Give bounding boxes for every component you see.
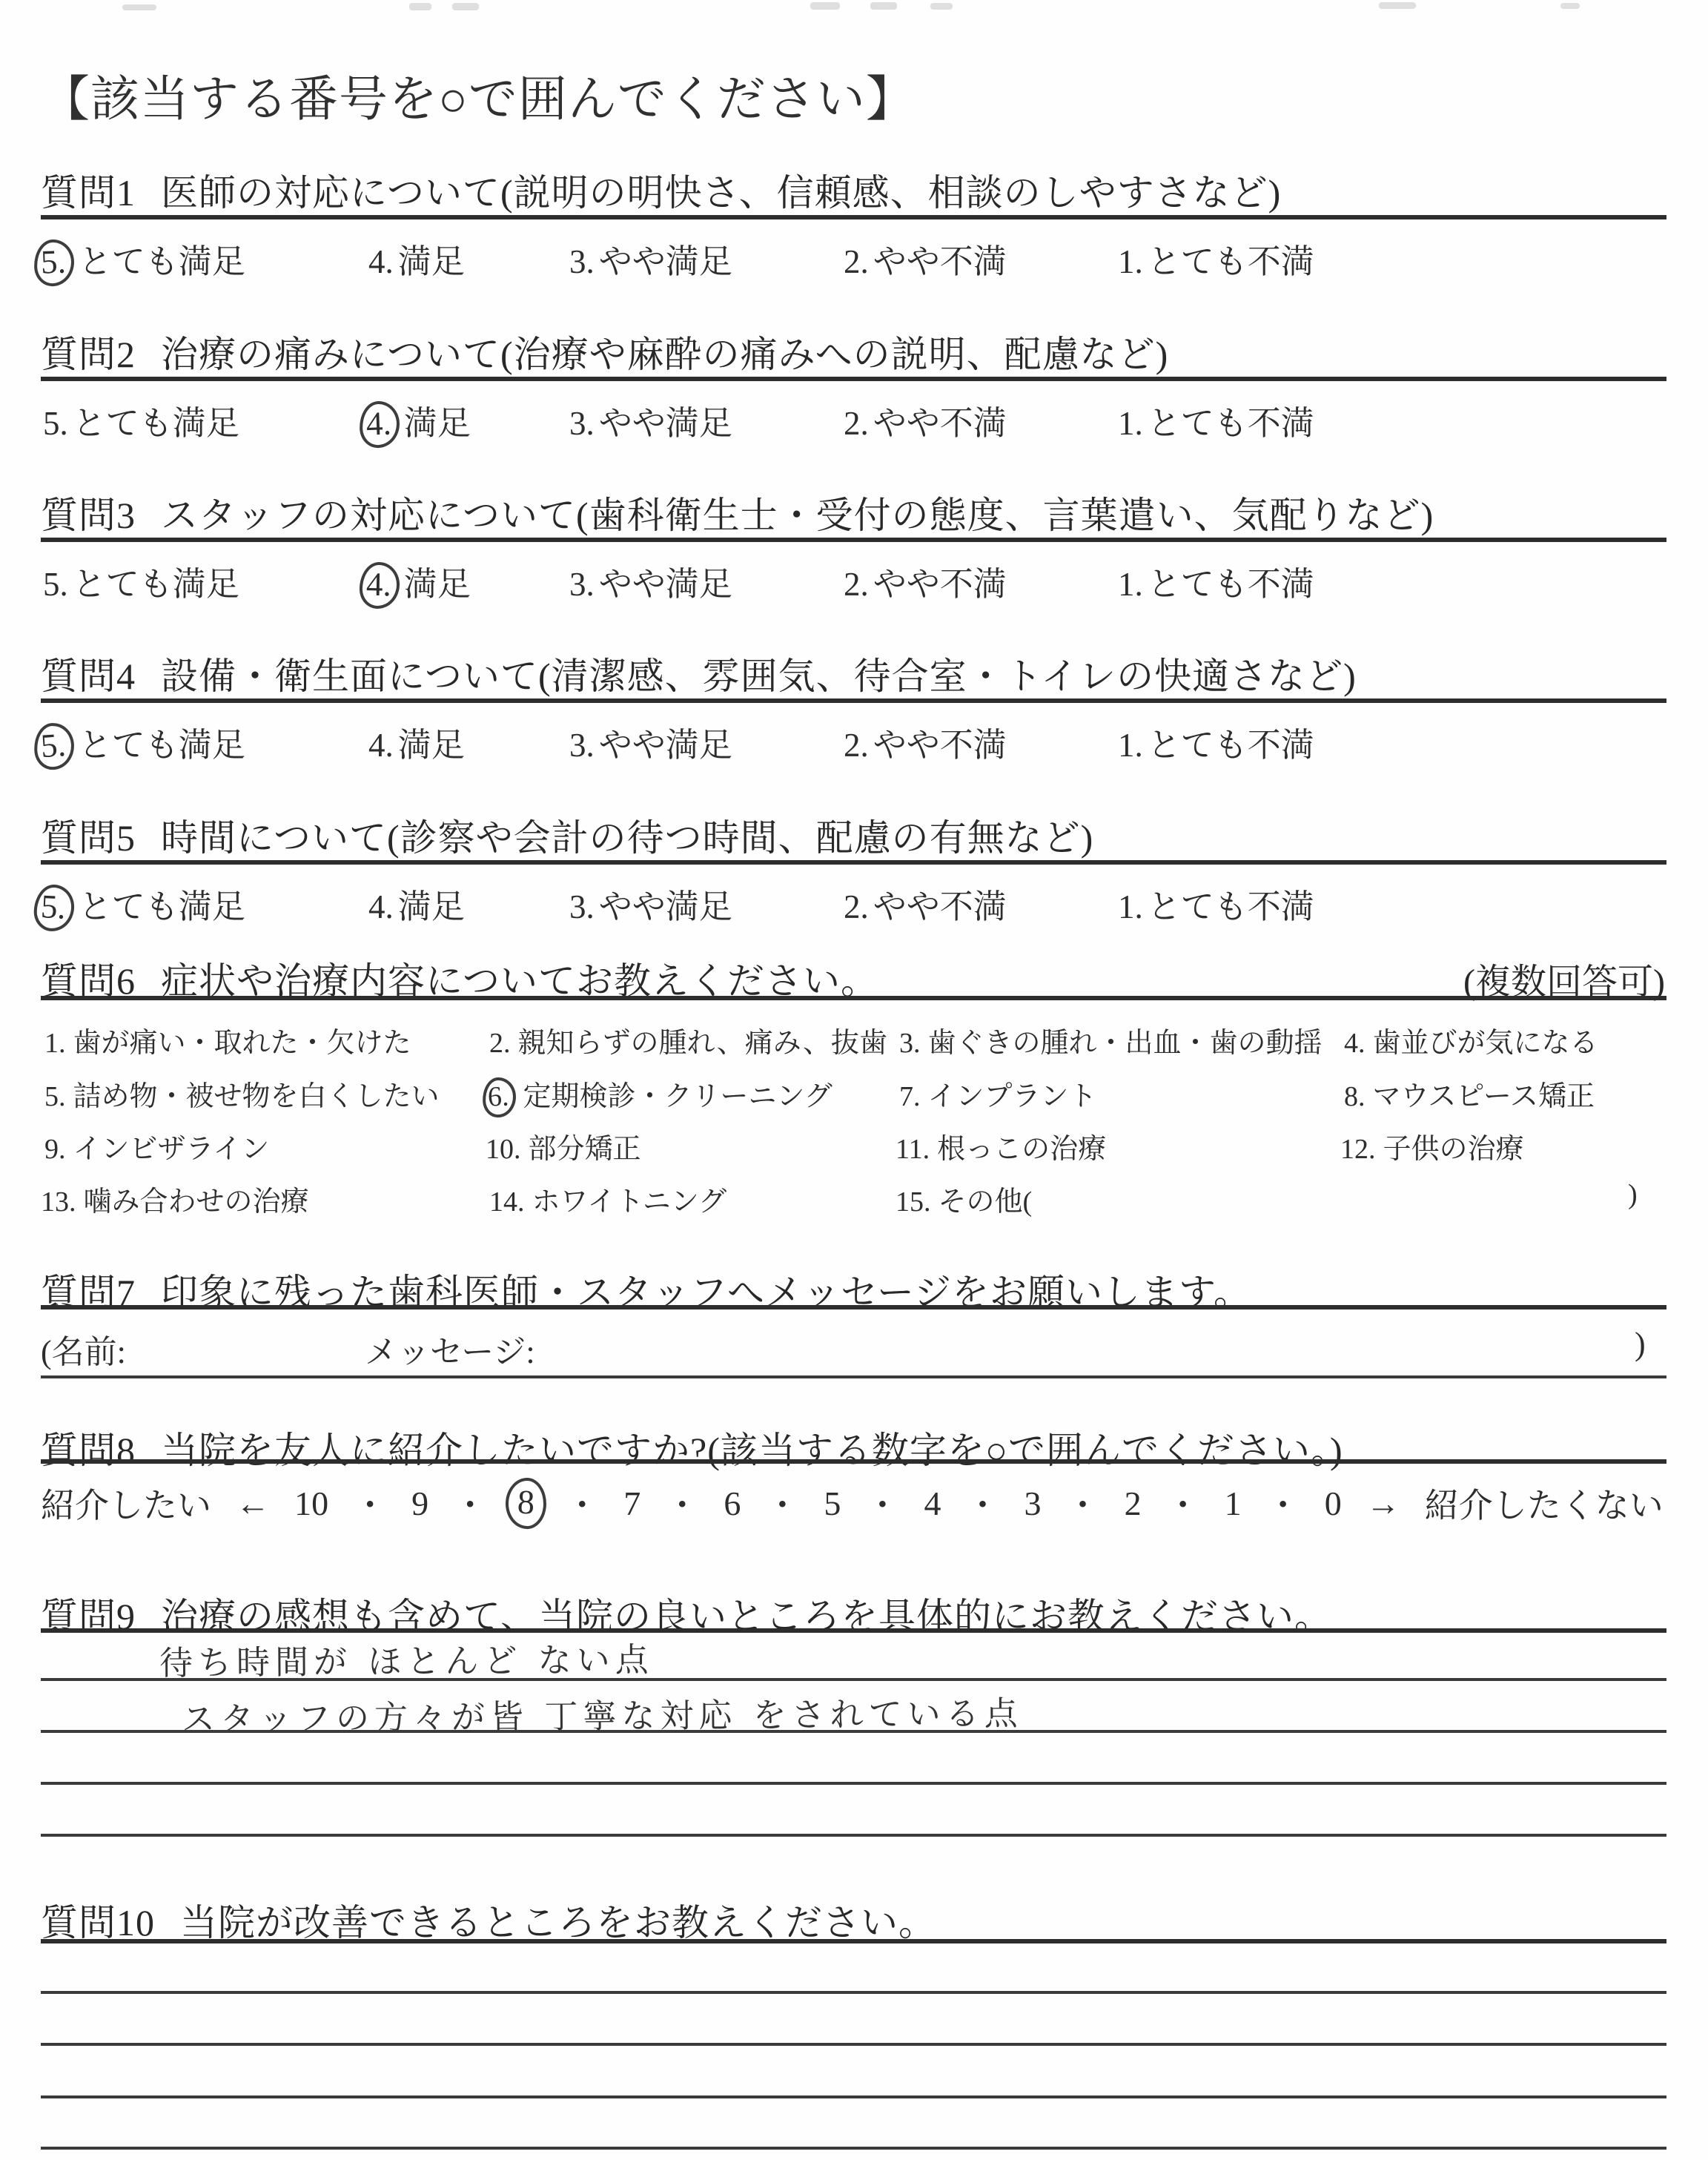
question-6-section: 質問6症状や治療内容についてお教えください。 (複数回答可) 1.歯が痛い・取れ… xyxy=(0,951,1708,1248)
q6-item-10: 10.部分矯正 xyxy=(486,1126,641,1166)
q6-item-14: 14.ホワイトニング xyxy=(489,1178,726,1219)
item-label: 歯が痛い・取れた・欠けた xyxy=(73,1028,411,1059)
scale-1: 1 xyxy=(1225,1484,1242,1523)
q4-option-3: 3.やや満足 xyxy=(569,718,732,766)
scan-artifact xyxy=(1560,3,1580,9)
option-number: 1. xyxy=(1118,243,1143,280)
item-label: ホワイトニング xyxy=(532,1186,727,1218)
question-title: 治療の痛みについて(治療や麻酔の痛みへの説明、配慮など) xyxy=(161,334,1168,375)
option-label: やや不満 xyxy=(873,243,1007,280)
q6-item-12: 12.子供の治療 xyxy=(1340,1126,1524,1166)
q6-item-3: 3.歯ぐきの腫れ・出血・歯の動揺 xyxy=(899,1020,1323,1060)
option-label: やや不満 xyxy=(873,888,1007,925)
dot-separator: ・ xyxy=(565,1479,599,1527)
question-number: 質問8 xyxy=(41,1430,136,1471)
item-label: 親知らずの腫れ、痛み、抜歯 xyxy=(518,1028,888,1059)
option-number: 4. xyxy=(368,888,394,925)
option-label: やや不満 xyxy=(873,727,1007,764)
header-underline xyxy=(41,1628,1666,1633)
survey-form-page: 【該当する番号を○で囲んでください】 質問1医師の対応について(説明の明快さ、信… xyxy=(0,0,1708,2160)
q2-option-4: 4.満足 xyxy=(368,396,471,444)
q2-option-1: 1.とても不満 xyxy=(1118,396,1314,444)
dot-separator: ・ xyxy=(1166,1479,1200,1527)
q2-option-2: 2.やや不満 xyxy=(844,396,1007,444)
item-number: 14. xyxy=(489,1186,525,1218)
item-number: 13. xyxy=(41,1186,76,1218)
question-number: 質問3 xyxy=(41,495,136,536)
handwritten-answer-1: 待ち時間が ほとんど ない点 xyxy=(159,1633,654,1685)
option-number: 2. xyxy=(844,727,869,764)
header-underline xyxy=(41,215,1666,219)
option-label: やや満足 xyxy=(599,888,732,925)
item-number: 12. xyxy=(1340,1134,1376,1165)
option-label: とても不満 xyxy=(1148,888,1314,925)
option-number: 4. xyxy=(368,243,394,280)
item-number: 4. xyxy=(1344,1028,1366,1059)
option-label: とても不満 xyxy=(1148,566,1314,603)
q1-option-1: 1.とても不満 xyxy=(1118,234,1314,283)
item-label: 子供の治療 xyxy=(1383,1134,1524,1165)
question-number: 質問10 xyxy=(41,1902,155,1943)
question-number: 質問4 xyxy=(41,655,136,697)
q4-option-4: 4.満足 xyxy=(368,718,465,766)
option-number: 3. xyxy=(569,243,595,280)
option-label: 満足 xyxy=(398,888,465,925)
scale-5: 5 xyxy=(824,1484,841,1523)
dot-separator: ・ xyxy=(665,1479,699,1527)
item-label: その他( xyxy=(939,1186,1033,1218)
header-underline xyxy=(41,1939,1666,1943)
option-label: 満足 xyxy=(398,243,465,280)
scale-9: 9 xyxy=(411,1484,428,1523)
scale-right-label: 紹介したくない xyxy=(1425,1479,1664,1527)
scan-artifact xyxy=(452,3,479,10)
header-underline xyxy=(41,1305,1666,1309)
question-title: 当院が改善できるところをお教えください。 xyxy=(180,1902,936,1943)
message-field-label: メッセージ: xyxy=(365,1325,535,1373)
q6-item-5: 5.詰め物・被せ物を白くしたい xyxy=(44,1073,440,1114)
circled-number: 6. xyxy=(482,1077,516,1118)
answer-line xyxy=(41,2147,1666,2150)
circled-number: 4. xyxy=(359,400,400,449)
answer-line xyxy=(41,1991,1666,1994)
option-number: 4. xyxy=(368,727,394,764)
dot-separator: ・ xyxy=(1266,1479,1300,1527)
answer-line xyxy=(41,1678,1666,1681)
dot-separator: ・ xyxy=(353,1479,387,1527)
q5-option-1: 1.とても不満 xyxy=(1118,879,1314,928)
dot-separator: ・ xyxy=(865,1479,899,1527)
option-number: 1. xyxy=(1118,727,1143,764)
circled-number: 5. xyxy=(33,721,76,771)
question-8-section: 質問8当院を友人に紹介したいですか?(該当する数字を○で囲んでください。) 紹介… xyxy=(0,1421,1708,1539)
q5-option-3: 3.やや満足 xyxy=(569,879,732,928)
question-4-section: 質問4設備・衛生面について(清潔感、雰囲気、待合室・トイレの快適さなど) 5.と… xyxy=(0,647,1708,799)
q6-item-6: 6.定期検診・クリーニング xyxy=(489,1073,833,1114)
option-label: とても満足 xyxy=(79,888,245,925)
question-7-section: 質問7印象に残った歯科医師・スタッフへメッセージをお願いします。 (名前: メッ… xyxy=(0,1263,1708,1389)
item-label: 噛み合わせの治療 xyxy=(84,1186,309,1218)
item-number: 8. xyxy=(1344,1081,1366,1112)
option-number: 2. xyxy=(844,566,869,603)
q6-other-close-paren: ) xyxy=(1628,1178,1638,1211)
q6-item-9: 9.インビザライン xyxy=(44,1126,269,1166)
question-title: 設備・衛生面について(清潔感、雰囲気、待合室・トイレの快適さなど) xyxy=(161,655,1357,697)
scale-2: 2 xyxy=(1125,1484,1142,1523)
option-number: 2. xyxy=(844,888,869,925)
header-underline xyxy=(41,377,1666,381)
form-title: 【該当する番号を○で囲んでください】 xyxy=(41,59,916,130)
question-header: 質問2治療の痛みについて(治療や麻酔の痛みへの説明、配慮など) xyxy=(41,325,1168,378)
q3-option-3: 3.やや満足 xyxy=(569,557,732,605)
q3-option-2: 2.やや不満 xyxy=(844,557,1007,605)
scan-artifact xyxy=(409,3,431,10)
answer-line xyxy=(41,1834,1666,1837)
scale-7: 7 xyxy=(623,1484,640,1523)
option-number: 1. xyxy=(1118,566,1143,603)
q6-item-4: 4.歯並びが気になる xyxy=(1344,1020,1598,1060)
answer-line xyxy=(41,1782,1666,1785)
option-label: 満足 xyxy=(404,566,471,603)
q6-item-8: 8.マウスピース矯正 xyxy=(1344,1073,1595,1114)
item-label: 根っこの治療 xyxy=(937,1134,1106,1165)
question-header: 質問8当院を友人に紹介したいですか?(該当する数字を○で囲んでください。) xyxy=(41,1421,1343,1474)
option-number: 3. xyxy=(569,405,595,442)
option-label: やや満足 xyxy=(599,727,732,764)
close-paren: ) xyxy=(1635,1325,1646,1363)
q4-option-5: 5.とても満足 xyxy=(43,718,245,766)
option-label: やや満足 xyxy=(599,566,732,603)
q1-option-5: 5.とても満足 xyxy=(43,234,245,283)
item-label: 歯ぐきの腫れ・出血・歯の動揺 xyxy=(928,1028,1323,1059)
question-header: 質問5時間について(診察や会計の待つ時間、配慮の有無など) xyxy=(41,808,1093,862)
q1-option-2: 2.やや不満 xyxy=(844,234,1007,283)
item-label: インビザライン xyxy=(73,1134,270,1165)
item-number: 7. xyxy=(899,1081,921,1112)
question-1-section: 質問1医師の対応について(説明の明快さ、信頼感、相談のしやすさなど) 5.とても… xyxy=(0,163,1708,315)
q4-option-2: 2.やや不満 xyxy=(844,718,1007,766)
question-title: スタッフの対応について(歯科衛生士・受付の態度、言葉遣い、気配りなど) xyxy=(161,495,1434,536)
header-underline xyxy=(41,1459,1666,1464)
question-9-section: 質問9治療の感想も含めて、当院の良いところを具体的にお教えください。 待ち時間が… xyxy=(0,1587,1708,1883)
scale-10: 10 xyxy=(294,1484,328,1523)
item-number: 3. xyxy=(899,1028,921,1059)
question-header: 質問4設備・衛生面について(清潔感、雰囲気、待合室・トイレの快適さなど) xyxy=(41,647,1357,700)
q5-option-4: 4.満足 xyxy=(368,879,465,928)
q1-option-3: 3.やや満足 xyxy=(569,234,732,283)
q3-option-5: 5.とても満足 xyxy=(43,557,239,605)
q6-item-1: 1.歯が痛い・取れた・欠けた xyxy=(44,1020,411,1060)
scale-6: 6 xyxy=(724,1484,741,1523)
item-number: 5. xyxy=(44,1081,66,1112)
q6-item-11: 11.根っこの治療 xyxy=(896,1126,1106,1166)
scale-left-label: 紹介したい xyxy=(41,1479,211,1527)
dot-separator: ・ xyxy=(765,1479,799,1527)
q3-option-4: 4.満足 xyxy=(368,557,471,605)
option-number: 2. xyxy=(844,405,869,442)
scan-artifact xyxy=(930,3,953,10)
dot-separator: ・ xyxy=(1066,1479,1100,1527)
item-number: 2. xyxy=(489,1028,511,1059)
option-label: とても不満 xyxy=(1148,405,1314,442)
answer-line xyxy=(41,1730,1666,1733)
question-2-section: 質問2治療の痛みについて(治療や麻酔の痛みへの説明、配慮など) 5.とても満足 … xyxy=(0,325,1708,477)
item-label: インプラント xyxy=(928,1081,1097,1112)
scan-artifact xyxy=(870,2,897,10)
option-label: やや不満 xyxy=(873,405,1007,442)
question-number: 質問5 xyxy=(41,817,136,859)
dot-separator: ・ xyxy=(965,1479,999,1527)
circled-number: 5. xyxy=(33,239,75,287)
q6-item-2: 2.親知らずの腫れ、痛み、抜歯 xyxy=(489,1020,887,1060)
left-arrow-icon: ← xyxy=(236,1484,270,1523)
option-label: とても満足 xyxy=(73,405,239,442)
name-field-label: (名前: xyxy=(41,1325,126,1373)
q6-item-15: 15.その他( xyxy=(896,1178,1032,1219)
scale-3: 3 xyxy=(1025,1484,1042,1523)
item-number: 1. xyxy=(44,1028,66,1059)
question-title: 医師の対応について(説明の明快さ、信頼感、相談のしやすさなど) xyxy=(161,172,1281,214)
right-arrow-icon: → xyxy=(1366,1484,1400,1523)
question-number: 質問1 xyxy=(41,172,136,214)
option-number: 5. xyxy=(43,566,68,603)
item-label: 部分矯正 xyxy=(529,1134,641,1165)
option-number: 5. xyxy=(43,405,68,442)
q5-option-2: 2.やや不満 xyxy=(844,879,1007,928)
dot-separator: ・ xyxy=(453,1479,487,1527)
scan-artifact xyxy=(1379,2,1416,9)
scan-artifact xyxy=(810,2,840,10)
option-number: 3. xyxy=(569,727,595,764)
circled-number: 4. xyxy=(359,562,400,610)
option-label: とても満足 xyxy=(73,566,239,603)
option-label: やや不満 xyxy=(873,566,1007,603)
question-title: 時間について(診察や会計の待つ時間、配慮の有無など) xyxy=(161,817,1093,859)
item-label: マウスピース矯正 xyxy=(1373,1081,1595,1112)
option-label: とても不満 xyxy=(1148,243,1314,280)
option-number: 1. xyxy=(1118,405,1143,442)
answer-line xyxy=(41,2095,1666,2098)
option-number: 2. xyxy=(844,243,869,280)
option-number: 3. xyxy=(569,566,595,603)
scale-8-circled: 8 xyxy=(505,1477,547,1530)
option-label: 満足 xyxy=(398,727,465,764)
q5-option-5: 5.とても満足 xyxy=(43,879,245,928)
q2-option-5: 5.とても満足 xyxy=(43,396,239,444)
answer-line xyxy=(41,2043,1666,2046)
option-number: 3. xyxy=(569,888,595,925)
question-title: 当院を友人に紹介したいですか?(該当する数字を○で囲んでください。) xyxy=(161,1430,1343,1471)
header-underline xyxy=(41,860,1666,865)
scale-4: 4 xyxy=(924,1484,941,1523)
option-label: とても不満 xyxy=(1148,727,1314,764)
item-number: 15. xyxy=(896,1186,931,1218)
circled-number: 5. xyxy=(33,884,75,933)
item-number: 11. xyxy=(896,1134,930,1165)
question-number: 質問2 xyxy=(41,334,136,375)
question-3-section: 質問3スタッフの対応について(歯科衛生士・受付の態度、言葉遣い、気配りなど) 5… xyxy=(0,486,1708,638)
q6-item-13: 13.噛み合わせの治療 xyxy=(41,1178,309,1219)
recommend-scale-row: 紹介したい ← 10 ・ 9 ・ 8 ・ 7 ・ 6 ・ 5 ・ 4 ・ 3 ・… xyxy=(41,1479,1664,1527)
question-5-section: 質問5時間について(診察や会計の待つ時間、配慮の有無など) 5.とても満足 4.… xyxy=(0,808,1708,953)
option-label: やや満足 xyxy=(599,243,732,280)
q3-option-1: 1.とても不満 xyxy=(1118,557,1314,605)
option-label: やや満足 xyxy=(599,405,732,442)
option-number: 1. xyxy=(1118,888,1143,925)
q4-option-1: 1.とても不満 xyxy=(1118,718,1314,766)
option-label: とても満足 xyxy=(79,243,245,280)
item-label: 詰め物・被せ物を白くしたい xyxy=(73,1081,440,1112)
scan-artifact xyxy=(122,4,156,10)
answer-line xyxy=(41,1375,1666,1378)
q1-option-4: 4.満足 xyxy=(368,234,465,283)
item-number: 10. xyxy=(486,1134,521,1165)
item-label: 定期検診・クリーニング xyxy=(523,1081,833,1112)
q2-option-3: 3.やや満足 xyxy=(569,396,732,444)
question-header: 質問1医師の対応について(説明の明快さ、信頼感、相談のしやすさなど) xyxy=(41,163,1281,217)
question-header: 質問3スタッフの対応について(歯科衛生士・受付の態度、言葉遣い、気配りなど) xyxy=(41,486,1434,539)
scale-0: 0 xyxy=(1325,1484,1342,1523)
header-underline xyxy=(41,538,1666,542)
option-label: とても満足 xyxy=(79,727,245,764)
item-label: 歯並びが気になる xyxy=(1373,1028,1598,1059)
item-number: 9. xyxy=(44,1134,66,1165)
header-underline xyxy=(41,698,1666,703)
option-label: 満足 xyxy=(404,405,471,442)
question-10-section: 質問10当院が改善できるところをお教えください。 xyxy=(0,1893,1708,2156)
q6-item-7: 7.インプラント xyxy=(899,1073,1097,1114)
header-underline xyxy=(41,996,1666,1000)
